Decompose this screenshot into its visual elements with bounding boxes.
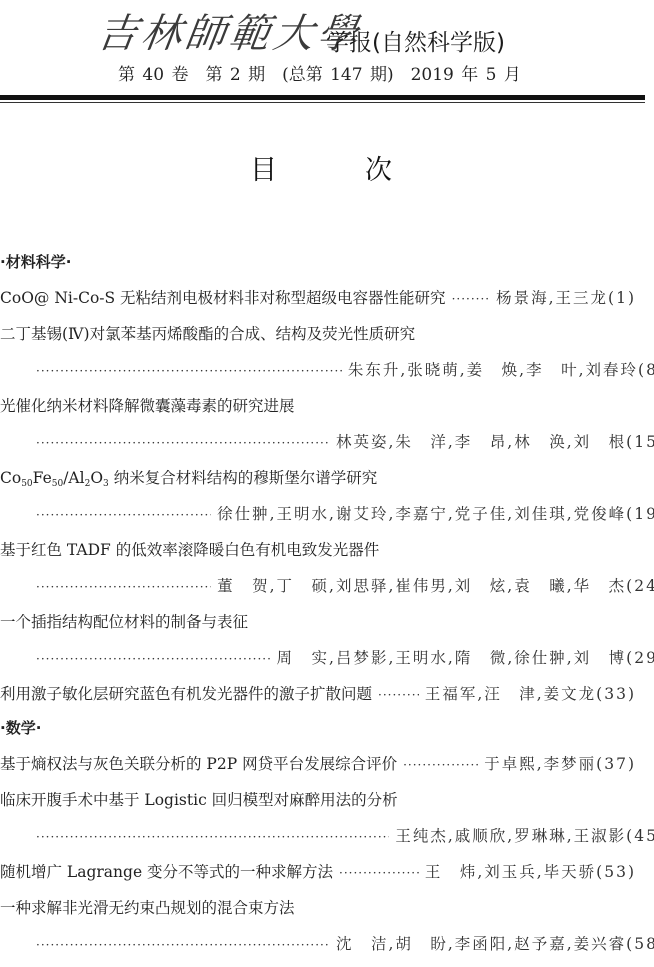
article-title[interactable]: 临床开腹手术中基于 Logistic 回归模型对麻醉用法的分析 bbox=[0, 790, 636, 810]
page-number: (29) bbox=[626, 649, 654, 667]
header-rule-thin bbox=[0, 102, 645, 103]
toc-entry-continuation: ········································… bbox=[0, 432, 654, 453]
leader-dots: ········································… bbox=[36, 649, 271, 669]
leader-dots: ········································… bbox=[36, 433, 330, 453]
page-number: (1) bbox=[608, 289, 636, 307]
toc-entry[interactable]: CoO@ Ni-Co-S 无粘结剂电极材料非对称型超级电容器性能研究 ·····… bbox=[0, 288, 636, 309]
article-authors: 王福军,汪 津,姜文龙(33) bbox=[425, 684, 636, 704]
article-title: 随机增广 Lagrange 变分不等式的一种求解方法 bbox=[0, 862, 333, 882]
title-char-2: 次 bbox=[365, 148, 392, 187]
journal-name: 学报(自然科学版) bbox=[326, 24, 505, 57]
page-number: (45) bbox=[626, 827, 654, 845]
toc-entry-continuation: ········································… bbox=[0, 576, 654, 597]
toc-entry-continuation: ········································… bbox=[0, 360, 654, 381]
article-title[interactable]: 光催化纳米材料降解微囊藻毒素的研究进展 bbox=[0, 396, 636, 416]
article-authors: 周 实,吕梦影,王明水,隋 微,徐仕翀,刘 博(29) bbox=[277, 648, 654, 668]
article-title[interactable]: 一个插指结构配位材料的制备与表征 bbox=[0, 612, 636, 632]
toc-entry-continuation: ········································… bbox=[0, 934, 654, 955]
article-authors: 林英姿,朱 洋,李 昂,林 涣,刘 根(15) bbox=[336, 432, 654, 452]
page-number: (37) bbox=[596, 755, 636, 773]
article-authors: 于卓熙,李梦丽(37) bbox=[484, 754, 636, 774]
article-title: 基于熵权法与灰色关联分析的 P2P 网贷平台发展综合评价 bbox=[0, 754, 397, 774]
article-authors: 王纯杰,戚顺欣,罗琳琳,王淑影(45) bbox=[395, 826, 654, 846]
page-number: (33) bbox=[596, 685, 636, 703]
masthead: 吉林師範大學 学报(自然科学版) 第 40 卷 第 2 期 (总第 147 期)… bbox=[0, 0, 654, 112]
toc-entry-continuation: ········································… bbox=[0, 648, 654, 669]
article-title[interactable]: 二丁基锡(Ⅳ)对氯苯基丙烯酸酯的合成、结构及荧光性质研究 bbox=[0, 324, 636, 344]
title-char-1: 目 bbox=[250, 148, 277, 187]
article-title: 利用激子敏化层研究蓝色有机发光器件的激子扩散问题 bbox=[0, 684, 372, 704]
article-authors: 徐仕翀,王明水,谢艾玲,李嘉宁,党子佳,刘佳琪,党俊峰(19) bbox=[217, 504, 654, 524]
article-authors: 董 贺,丁 硕,刘思驿,崔伟男,刘 炫,袁 曦,华 杰(24) bbox=[217, 576, 654, 596]
leader-dots: ········································… bbox=[378, 685, 419, 705]
section-heading-materials: ·材料科学· bbox=[0, 252, 636, 272]
toc-entry[interactable]: 利用激子敏化层研究蓝色有机发光器件的激子扩散问题 ···············… bbox=[0, 684, 636, 705]
header-rule-thick bbox=[0, 95, 645, 100]
page-number: (58) bbox=[626, 935, 654, 953]
toc-entry[interactable]: 随机增广 Lagrange 变分不等式的一种求解方法 ·············… bbox=[0, 862, 636, 883]
page-number: (8) bbox=[638, 361, 654, 379]
leader-dots: ········································… bbox=[36, 827, 389, 847]
leader-dots: ········································… bbox=[36, 505, 211, 525]
article-authors: 朱东升,张晓萌,姜 焕,李 叶,刘春玲(8) bbox=[348, 360, 654, 380]
issue-info: 第 40 卷 第 2 期 (总第 147 期) 2019 年 5 月 bbox=[118, 60, 521, 85]
page-number: (15) bbox=[626, 433, 654, 451]
article-title[interactable]: 一种求解非光滑无约束凸规划的混合束方法 bbox=[0, 898, 636, 918]
leader-dots: ········································… bbox=[36, 361, 342, 381]
leader-dots: ········································… bbox=[339, 863, 419, 883]
article-authors: 杨景海,王三龙(1) bbox=[496, 288, 636, 308]
page-number: (53) bbox=[596, 863, 636, 881]
article-authors: 沈 洁,胡 盼,李函阳,赵予嘉,姜兴睿(58) bbox=[336, 934, 654, 954]
section-heading-math: ·数学· bbox=[0, 718, 636, 738]
toc-entry-continuation: ········································… bbox=[0, 504, 654, 525]
leader-dots: ········································… bbox=[403, 755, 478, 775]
article-authors: 王 炜,刘玉兵,毕天骄(53) bbox=[425, 862, 636, 882]
article-title: CoO@ Ni-Co-S 无粘结剂电极材料非对称型超级电容器性能研究 bbox=[0, 288, 446, 308]
page-number: (19) bbox=[626, 505, 654, 523]
article-title[interactable]: 基于红色 TADF 的低效率滚降暖白色有机电致发光器件 bbox=[0, 540, 636, 560]
toc-entry-continuation: ········································… bbox=[0, 826, 654, 847]
page-number: (24) bbox=[626, 577, 654, 595]
leader-dots: ········································… bbox=[452, 289, 491, 309]
leader-dots: ········································… bbox=[36, 577, 211, 597]
toc-entry[interactable]: 基于熵权法与灰色关联分析的 P2P 网贷平台发展综合评价 ···········… bbox=[0, 754, 636, 775]
article-title[interactable]: Co50Fe50/Al2O3 纳米复合材料结构的穆斯堡尔谱学研究 bbox=[0, 468, 636, 494]
leader-dots: ········································… bbox=[36, 935, 330, 955]
